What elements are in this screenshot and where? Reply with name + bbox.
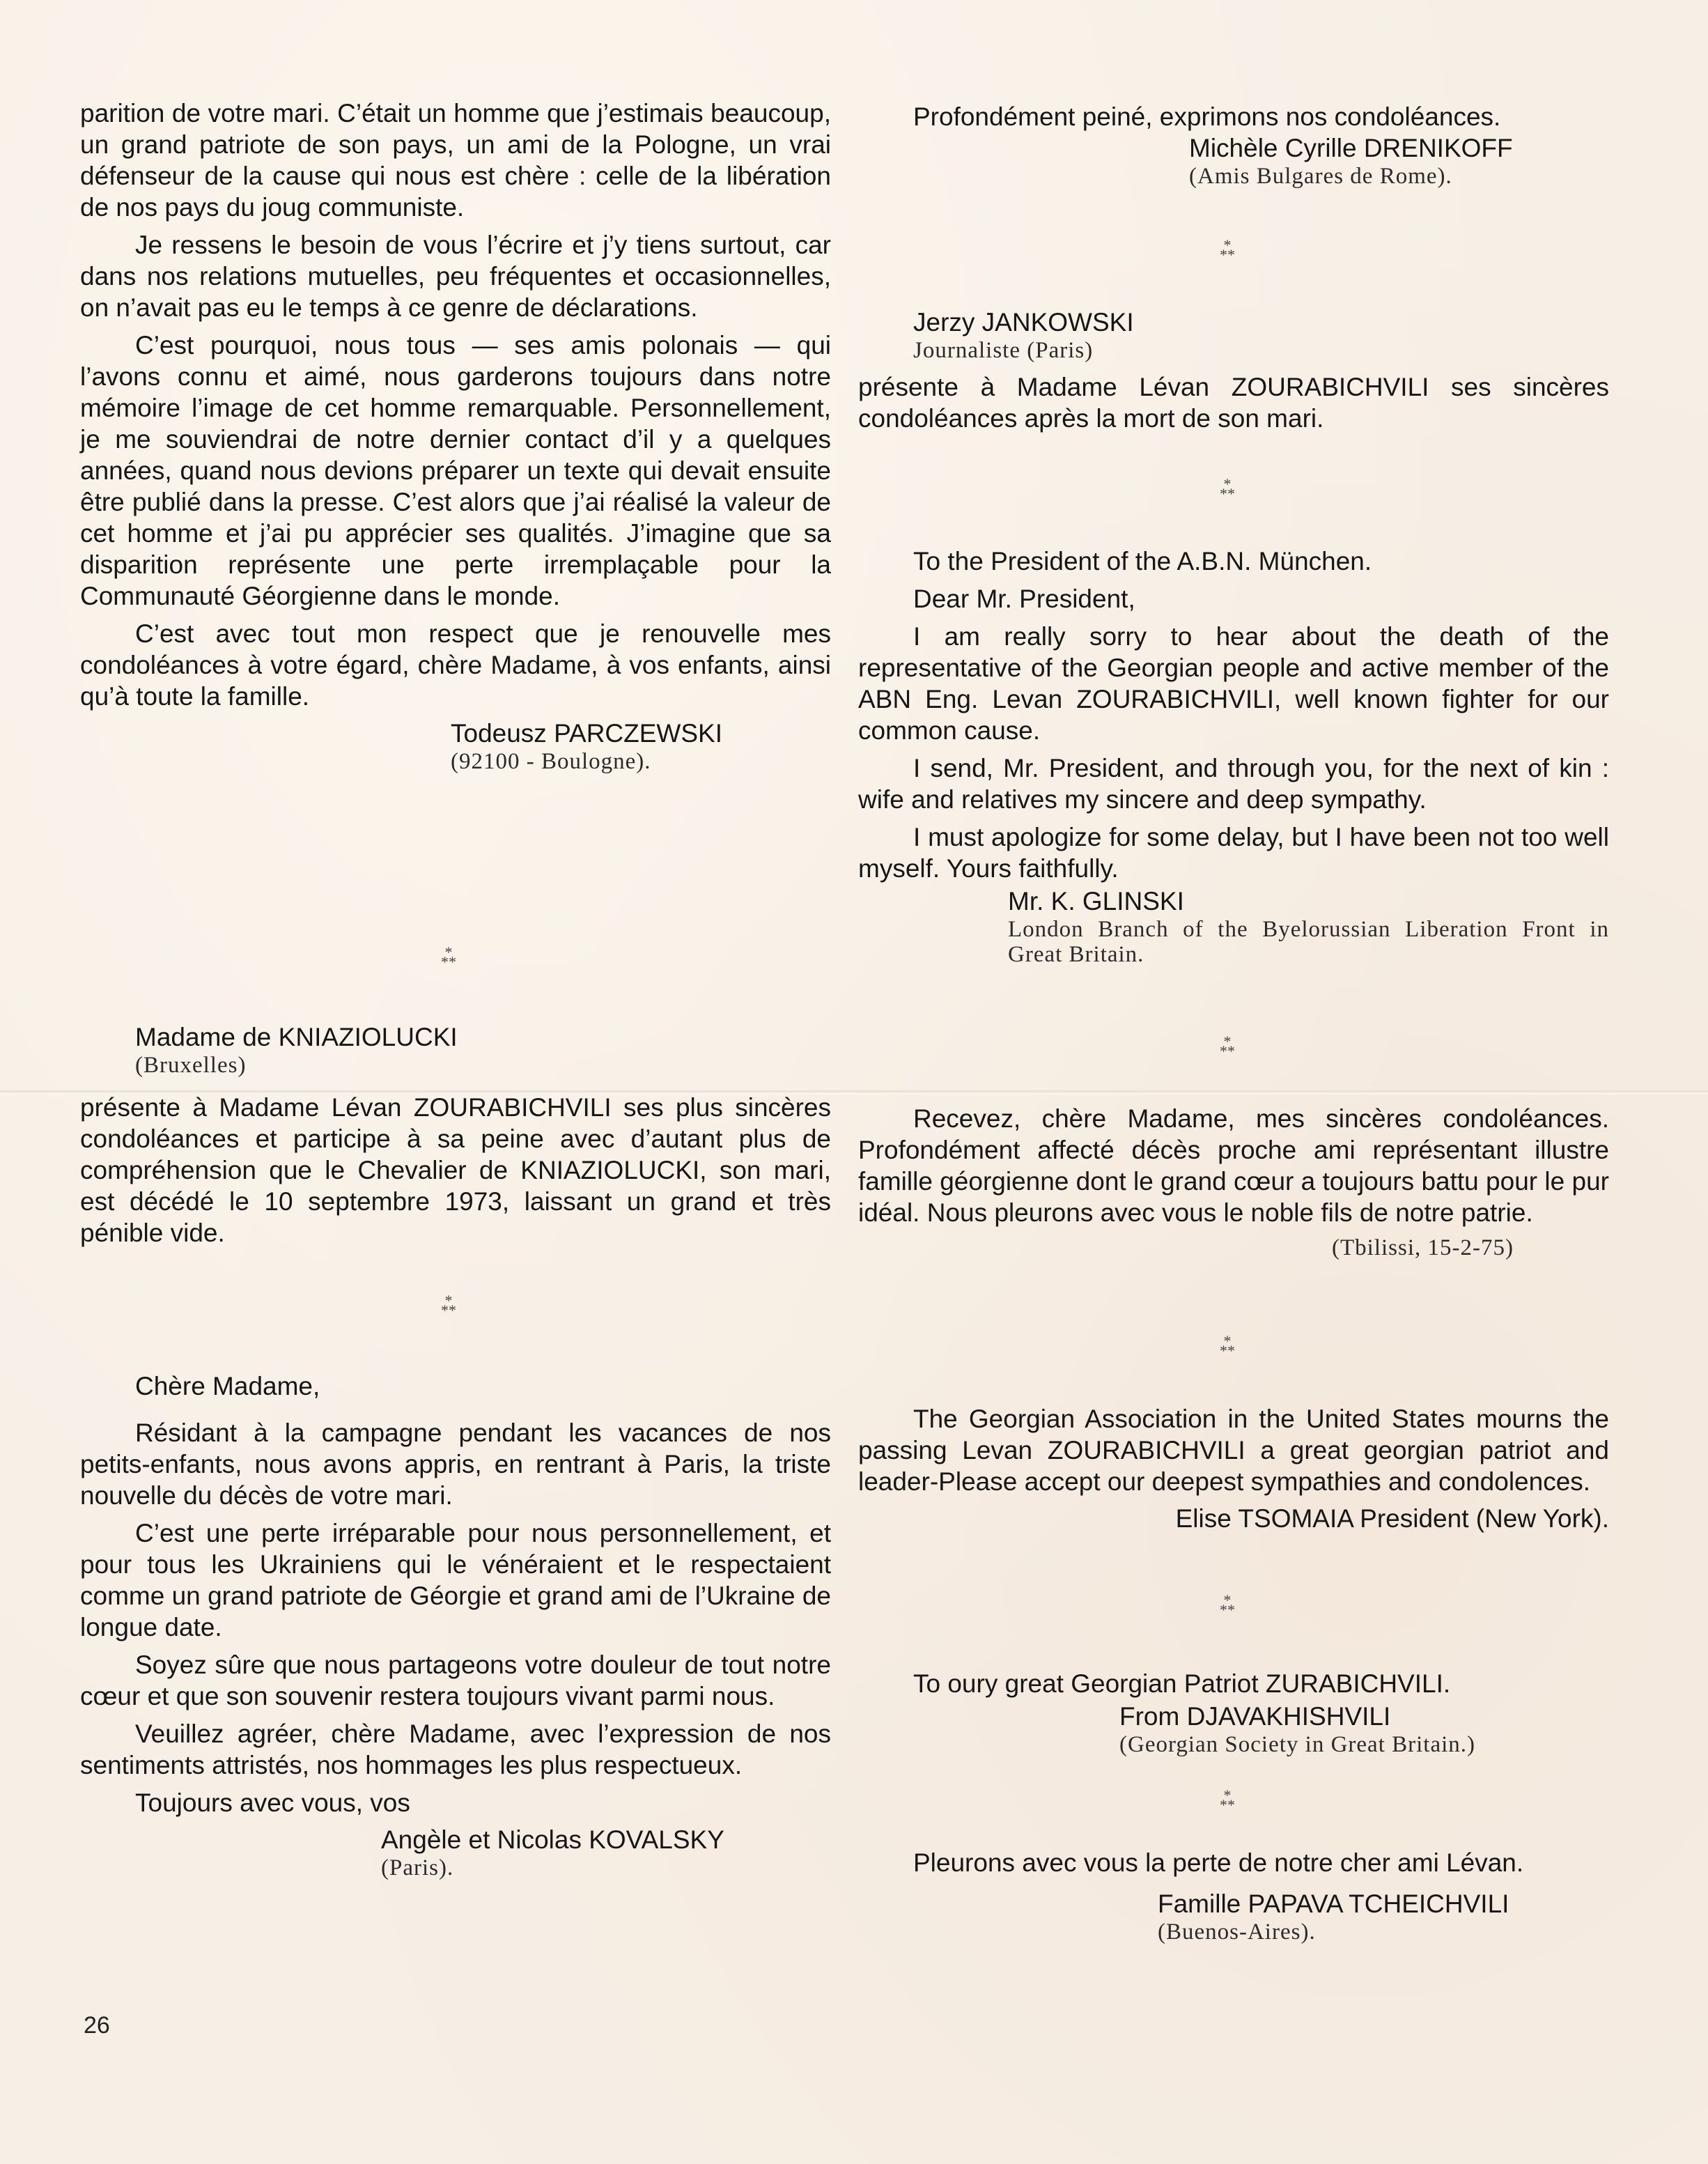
- signature: Michèle Cyrille DRENIKOFF: [1189, 132, 1609, 164]
- sender-name: Madame de KNIAZIOLUCKI: [135, 1021, 831, 1053]
- salutation: Dear Mr. President,: [858, 583, 1609, 615]
- paragraph: présente à Madame Lévan ZOURABICHVILI se…: [858, 371, 1609, 434]
- letter-tsomaia: The Georgian Association in the United S…: [858, 1403, 1609, 1534]
- page-number: 26: [84, 2012, 110, 2039]
- right-column-part5: The Georgian Association in the United S…: [858, 1403, 1609, 1534]
- asterism-separator: ***: [1213, 1595, 1241, 1615]
- signature-location: (Tbilissi, 15-2-75): [1332, 1235, 1609, 1260]
- left-column: parition de votre mari. C’était un homme…: [80, 98, 831, 774]
- paragraph: The Georgian Association in the United S…: [858, 1403, 1609, 1497]
- paragraph: C’est pourquoi, nous tous — ses amis pol…: [80, 330, 831, 612]
- right-column: Profondément peiné, exprimons nos condol…: [858, 101, 1609, 189]
- signature-location: (92100 - Boulogne).: [451, 749, 831, 774]
- left-column-part2: Madame de KNIAZIOLUCKI (Bruxelles) prése…: [80, 1021, 831, 1249]
- paragraph: Résidant à la campagne pendant les vacan…: [80, 1417, 831, 1511]
- paragraph: parition de votre mari. C’était un homme…: [80, 98, 831, 223]
- signature-organization: London Branch of the Byelorussian Libera…: [1008, 917, 1609, 967]
- asterism-separator: ***: [435, 1296, 463, 1315]
- signature-location: (Paris).: [381, 1855, 831, 1880]
- paragraph: Profondément peiné, exprimons nos condol…: [858, 101, 1609, 132]
- letter-kniaziolucki: Madame de KNIAZIOLUCKI (Bruxelles) prése…: [80, 1021, 831, 1249]
- paragraph: I am really sorry to hear about the deat…: [858, 621, 1609, 746]
- sender-location: (Bruxelles): [135, 1053, 831, 1078]
- signature: Todeusz PARCZEWSKI: [451, 718, 831, 749]
- right-column-part4: Recevez, chère Madame, mes sincères cond…: [858, 1103, 1609, 1260]
- signature: From DJAVAKHISHVILI: [1119, 1701, 1609, 1732]
- letter-kovalsky: Chère Madame, Résidant à la campagne pen…: [80, 1370, 831, 1880]
- paragraph: Recevez, chère Madame, mes sincères cond…: [858, 1103, 1609, 1228]
- signature: Mr. K. GLINSKI: [1008, 886, 1609, 917]
- asterism-separator: ***: [1213, 1336, 1241, 1356]
- letter-glinski: To the President of the A.B.N. München. …: [858, 546, 1609, 967]
- sender-name: Jerzy JANKOWSKI: [913, 307, 1609, 338]
- salutation: Chère Madame,: [80, 1370, 831, 1402]
- asterism-separator: ***: [1213, 1791, 1241, 1810]
- signature: Famille PAPAVA TCHEICHVILI: [1158, 1888, 1609, 1919]
- right-column-part3: To the President of the A.B.N. München. …: [858, 546, 1609, 967]
- paragraph: Veuillez agréer, chère Madame, avec l’ex…: [80, 1718, 831, 1781]
- left-column-part3: Chère Madame, Résidant à la campagne pen…: [80, 1370, 831, 1880]
- right-column-part2: Jerzy JANKOWSKI Journaliste (Paris) prés…: [858, 307, 1609, 434]
- letter-drenikoff: Profondément peiné, exprimons nos condol…: [858, 101, 1609, 189]
- letter-tbilissi: Recevez, chère Madame, mes sincères cond…: [858, 1103, 1609, 1260]
- address-line: To the President of the A.B.N. München.: [858, 546, 1609, 577]
- paragraph: C’est une perte irréparable pour nous pe…: [80, 1517, 831, 1643]
- paragraph: I must apologize for some delay, but I h…: [858, 821, 1609, 884]
- sender-title: Journaliste (Paris): [913, 338, 1609, 363]
- signature: Angèle et Nicolas KOVALSKY: [381, 1824, 831, 1855]
- signature-organization: (Georgian Society in Great Britain.): [1119, 1732, 1609, 1757]
- asterism-separator: ***: [435, 948, 463, 967]
- paragraph: To oury great Georgian Patriot ZURABICHV…: [858, 1668, 1609, 1699]
- asterism-separator: ***: [1213, 240, 1241, 260]
- paragraph: C’est avec tout mon respect que je renou…: [80, 618, 831, 712]
- paragraph: Je ressens le besoin de vous l’écrire et…: [80, 229, 831, 323]
- letter-jankowski: Jerzy JANKOWSKI Journaliste (Paris) prés…: [858, 307, 1609, 434]
- paragraph: I send, Mr. President, and through you, …: [858, 752, 1609, 815]
- letter-papava: Pleurons avec vous la perte de notre che…: [858, 1847, 1609, 1945]
- paragraph: Soyez sûre que nous partageons votre dou…: [80, 1649, 831, 1712]
- closing: Toujours avec vous, vos: [80, 1787, 831, 1818]
- right-column-part6: To oury great Georgian Patriot ZURABICHV…: [858, 1668, 1609, 1757]
- asterism-separator: ***: [1213, 1037, 1241, 1056]
- asterism-separator: ***: [1213, 479, 1241, 499]
- paragraph: présente à Madame Lévan ZOURABICHVILI se…: [80, 1092, 831, 1249]
- right-column-part7: Pleurons avec vous la perte de notre che…: [858, 1847, 1609, 1945]
- letter-parczewski: parition de votre mari. C’était un homme…: [80, 98, 831, 774]
- signature-location: (Amis Bulgares de Rome).: [1189, 164, 1609, 189]
- letter-djavakhishvili: To oury great Georgian Patriot ZURABICHV…: [858, 1668, 1609, 1757]
- paragraph: Pleurons avec vous la perte de notre che…: [858, 1847, 1609, 1878]
- signature-location: (Buenos-Aires).: [1158, 1919, 1609, 1945]
- signature: Elise TSOMAIA President (New York).: [858, 1503, 1609, 1534]
